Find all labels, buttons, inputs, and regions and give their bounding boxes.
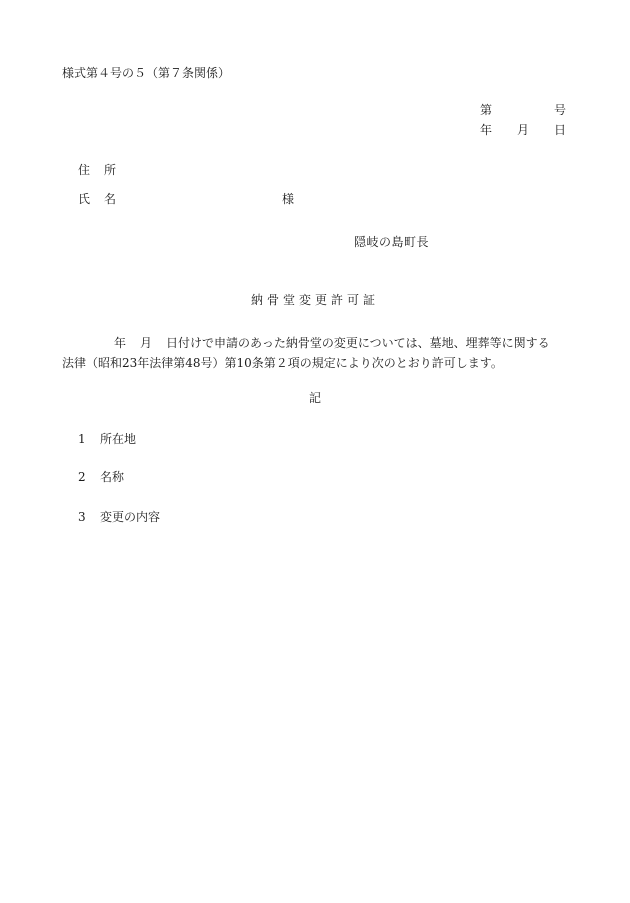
form-number: 様式第４号の５（第７条関係） xyxy=(62,67,230,79)
ki-heading: 記 xyxy=(0,392,630,404)
item-label: 名称 xyxy=(100,470,124,484)
address-label-1: 住 xyxy=(78,164,104,176)
document-title: 納骨堂変更許可証 xyxy=(0,294,630,306)
date-day: 日 xyxy=(554,124,566,136)
issuer: 隠岐の島町長 xyxy=(354,236,429,248)
item-number: 2 xyxy=(78,471,100,483)
honorific: 様 xyxy=(282,193,294,205)
item-label: 所在地 xyxy=(100,432,136,446)
reference-go: 号 xyxy=(554,104,566,116)
body-line-2: 法律（昭和23年法律第48号）第10条第２項の規定により次のとおり許可します。 xyxy=(62,353,568,373)
body-text-1: 日付けで申請のあった納骨堂の変更については、墓地、埋葬等に関する xyxy=(166,336,550,350)
item-number: 1 xyxy=(78,433,100,445)
reference-number-row: 第 号 xyxy=(480,104,566,116)
date-month: 月 xyxy=(517,124,529,136)
body-year: 年 xyxy=(114,336,126,350)
body-line-1: 年月日付けで申請のあった納骨堂の変更については、墓地、埋葬等に関する xyxy=(62,333,568,353)
list-item: 3変更の内容 xyxy=(78,511,160,523)
item-number: 3 xyxy=(78,511,100,523)
date-year: 年 xyxy=(480,124,492,136)
list-item: 1所在地 xyxy=(78,433,136,445)
item-label: 変更の内容 xyxy=(100,510,160,524)
recipient-address: 住所 xyxy=(78,164,116,176)
reference-dai: 第 xyxy=(480,104,492,116)
body-paragraph: 年月日付けで申請のあった納骨堂の変更については、墓地、埋葬等に関する 法律（昭和… xyxy=(62,333,568,373)
address-label-2: 所 xyxy=(104,163,116,177)
list-item: 2名称 xyxy=(78,471,124,483)
reference-date-row: 年 月 日 xyxy=(480,124,566,136)
body-month: 月 xyxy=(140,336,152,350)
name-label-2: 名 xyxy=(104,192,116,206)
name-label-1: 氏 xyxy=(78,193,104,205)
recipient-name: 氏名 xyxy=(78,193,116,205)
